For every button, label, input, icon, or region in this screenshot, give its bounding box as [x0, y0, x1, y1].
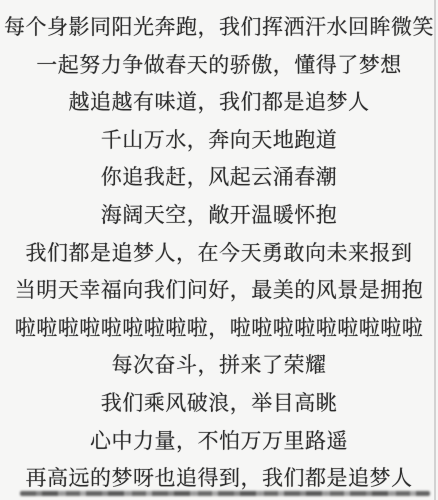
- right-edge-line: [434, 0, 436, 500]
- lyric-line: 我们都是追梦人，在今天勇敢向未来报到: [0, 235, 438, 273]
- lyrics-block: 每个身影同阳光奔跑，我们挥洒汗水回眸微笑 一起努力争做春天的骄傲，懂得了梦想 越…: [0, 9, 438, 498]
- lyric-line: 每个身影同阳光奔跑，我们挥洒汗水回眸微笑: [0, 9, 438, 47]
- lyric-line: 啦啦啦啦啦啦啦啦啦，啦啦啦啦啦啦啦啦啦: [0, 310, 438, 348]
- lyric-line: 越追越有味道，我们都是追梦人: [0, 84, 438, 122]
- bottom-cropped-text-strip: [20, 491, 430, 496]
- lyric-line: 你追我赶，风起云涌春潮: [0, 159, 438, 197]
- lyric-line: 海阔天空，敞开温暖怀抱: [0, 197, 438, 235]
- lyric-line: 心中力量，不怕万万里路遥: [0, 423, 438, 461]
- lyric-line: 当明天幸福向我们问好，最美的风景是拥抱: [0, 272, 438, 310]
- lyric-line: 我们乘风破浪，举目高眺: [0, 385, 438, 423]
- lyric-line: 千山万水，奔向天地跑道: [0, 122, 438, 160]
- lyric-line: 一起努力争做春天的骄傲，懂得了梦想: [0, 47, 438, 85]
- lyrics-page: 每个身影同阳光奔跑，我们挥洒汗水回眸微笑 一起努力争做春天的骄傲，懂得了梦想 越…: [0, 0, 438, 500]
- lyric-line: 每次奋斗，拼来了荣耀: [0, 347, 438, 385]
